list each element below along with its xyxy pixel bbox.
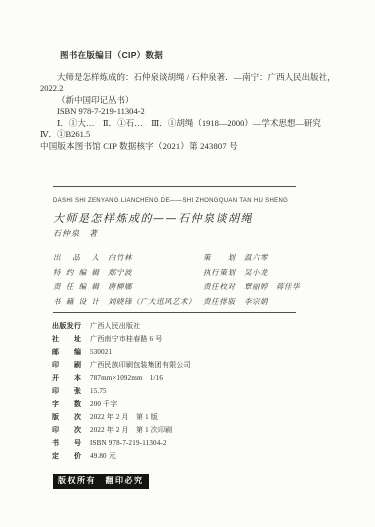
colophon-label: 定价 bbox=[52, 451, 81, 463]
book-title: 大师是怎样炼成的——石仲泉谈胡绳 bbox=[53, 211, 375, 226]
colophon-row: 字数200 千字 bbox=[52, 398, 375, 411]
credit-row: 书籍设计刘晓锋（广大迅风艺术） bbox=[53, 295, 203, 310]
colophon-value: 广西民族印刷包装集团有限公司 bbox=[90, 361, 191, 369]
copyright-notice: 版权所有 翻印必究 bbox=[53, 474, 149, 489]
credit-role-label: 执行策划 bbox=[203, 266, 235, 281]
colophon-label: 字数 bbox=[52, 399, 81, 411]
colophon-value: 2022 年 2 月 第 1 版 bbox=[90, 413, 158, 421]
credit-role-label: 责任校对 bbox=[203, 280, 235, 295]
credits-left-column: 出品人白竹林 特约编辑郑宁波 责任编辑唐柳娜 书籍设计刘晓锋（广大迅风艺术） bbox=[53, 251, 203, 309]
credit-person-name: 温六零 bbox=[244, 253, 268, 262]
colophon-row: 印次2022 年 2 月 第 1 次印刷 bbox=[52, 424, 375, 437]
credit-person-name: 李宗娟 bbox=[244, 297, 268, 306]
colophon-row: 书号ISBN 978-7-219-11304-2 bbox=[52, 437, 375, 450]
book-author: 石仲泉 著 bbox=[53, 229, 375, 239]
credit-person-name: 白竹林 bbox=[108, 253, 132, 262]
cip-record-number: 中国版本图书馆 CIP 数据核字（2021）第 243807 号 bbox=[40, 141, 342, 153]
credits-block: 出品人白竹林 特约编辑郑宁波 责任编辑唐柳娜 书籍设计刘晓锋（广大迅风艺术） 策… bbox=[53, 251, 375, 309]
colophon-block: 出版发行广西人民出版社 社址广西南宁市桂春路 6 号 邮编530021 印刷广西… bbox=[52, 320, 375, 463]
cip-heading: 图书在版编目（CIP）数据 bbox=[60, 50, 342, 62]
colophon-value: ISBN 978-7-219-11304-2 bbox=[90, 439, 167, 447]
colophon-label: 社址 bbox=[52, 334, 81, 346]
copyright-page: 图书在版编目（CIP）数据 大师是怎样炼成的：石仲泉谈胡绳 / 石仲泉著．—南宁… bbox=[0, 0, 375, 527]
credit-role-label: 责任排版 bbox=[203, 295, 235, 310]
colophon-row: 定价49.80 元 bbox=[52, 450, 375, 463]
colophon-row: 出版发行广西人民出版社 bbox=[52, 320, 375, 333]
credit-row: 责任编辑唐柳娜 bbox=[53, 280, 203, 295]
colophon-label: 出版发行 bbox=[52, 321, 81, 333]
credit-role-label: 策划 bbox=[203, 251, 235, 266]
colophon-value: 广西南宁市桂春路 6 号 bbox=[90, 335, 162, 343]
credit-role-label: 特约编辑 bbox=[53, 266, 99, 281]
colophon-label: 书号 bbox=[52, 438, 81, 450]
colophon-value: 15.75 bbox=[90, 387, 107, 395]
colophon-label: 开本 bbox=[52, 373, 81, 385]
cip-series-note: （新中国印记丛书） bbox=[57, 95, 342, 107]
credit-row: 责任校对覃丽婷 蒋佳华 bbox=[203, 280, 300, 295]
colophon-row: 版次2022 年 2 月 第 1 版 bbox=[52, 411, 375, 424]
colophon-value: 200 千字 bbox=[90, 400, 117, 408]
colophon-row: 开本787mm×1092mm 1/16 bbox=[52, 372, 375, 385]
colophon-label: 印次 bbox=[52, 425, 81, 437]
colophon-value: 广西人民出版社 bbox=[90, 322, 140, 330]
credit-row: 责任排版李宗娟 bbox=[203, 295, 300, 310]
colophon-label: 印张 bbox=[52, 386, 81, 398]
colophon-value: 2022 年 2 月 第 1 次印刷 bbox=[90, 426, 172, 434]
credit-row: 出品人白竹林 bbox=[53, 251, 203, 266]
colophon-row: 邮编530021 bbox=[52, 346, 375, 359]
cip-entry: 大师是怎样炼成的：石仲泉谈胡绳 / 石仲泉著．—南宁：广西人民出版社，2022.… bbox=[40, 72, 342, 95]
colophon-value: 530021 bbox=[90, 348, 112, 356]
credit-person-name: 覃丽婷 蒋佳华 bbox=[244, 282, 300, 291]
credit-person-name: 郑宁波 bbox=[108, 268, 132, 277]
cip-block: 图书在版编目（CIP）数据 大师是怎样炼成的：石仲泉谈胡绳 / 石仲泉著．—南宁… bbox=[40, 50, 342, 152]
cip-isbn: ISBN 978-7-219-11304-2 bbox=[57, 106, 342, 118]
credit-row: 执行策划吴小龙 bbox=[203, 266, 300, 281]
credit-row: 策划温六零 bbox=[203, 251, 300, 266]
divider-top bbox=[53, 186, 296, 187]
colophon-row: 印刷广西民族印刷包装集团有限公司 bbox=[52, 359, 375, 372]
credit-role-label: 书籍设计 bbox=[53, 295, 99, 310]
colophon-label: 印刷 bbox=[52, 360, 81, 372]
divider-bottom bbox=[53, 312, 296, 313]
credit-person-name: 吴小龙 bbox=[244, 268, 268, 277]
colophon-value: 787mm×1092mm 1/16 bbox=[90, 374, 163, 382]
credit-row: 特约编辑郑宁波 bbox=[53, 266, 203, 281]
credit-person-name: 唐柳娜 bbox=[108, 282, 132, 291]
colophon-row: 社址广西南宁市桂春路 6 号 bbox=[52, 333, 375, 346]
colophon-label: 版次 bbox=[52, 412, 81, 424]
credit-role-label: 责任编辑 bbox=[53, 280, 99, 295]
credits-right-column: 策划温六零 执行策划吴小龙 责任校对覃丽婷 蒋佳华 责任排版李宗娟 bbox=[203, 251, 300, 309]
credit-role-label: 出品人 bbox=[53, 251, 99, 266]
colophon-row: 印张15.75 bbox=[52, 385, 375, 398]
credit-person-name: 刘晓锋（广大迅风艺术） bbox=[108, 297, 196, 306]
colophon-value: 49.80 元 bbox=[90, 452, 116, 460]
title-block: DASHI SHI ZENYANG LIANCHENG DE——SHI ZHON… bbox=[53, 198, 375, 239]
cip-classification: Ⅰ．①大… Ⅱ．①石… Ⅲ．①胡绳（1918—2000）—学术思想—研究 Ⅳ．①… bbox=[40, 118, 342, 141]
title-pinyin: DASHI SHI ZENYANG LIANCHENG DE——SHI ZHON… bbox=[53, 198, 375, 204]
colophon-label: 邮编 bbox=[52, 347, 81, 359]
